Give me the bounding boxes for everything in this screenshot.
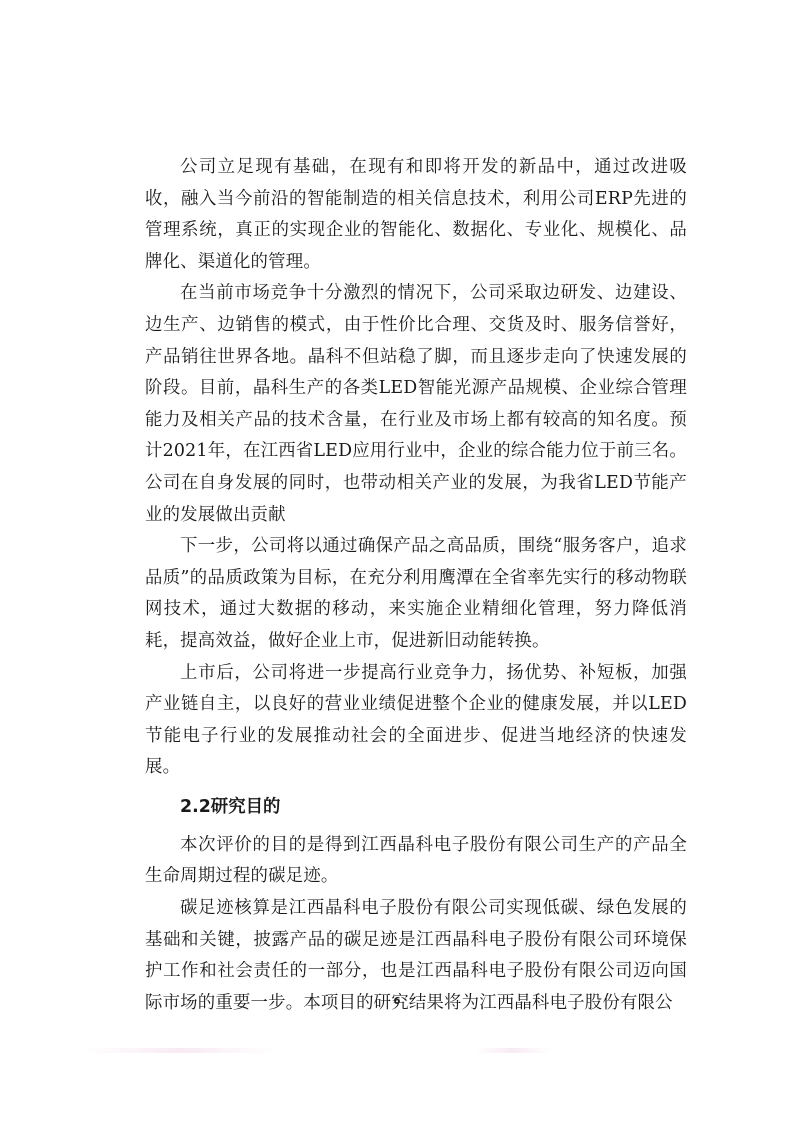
paragraph-market-competition: 在当前市场竞争十分激烈的情况下，公司采取边研发、边建设、边生产、边销售的模式，由…	[145, 278, 687, 531]
document-page: 公司立足现有基础，在现有和即将开发的新品中，通过改进吸收，融入当今前沿的智能制造…	[0, 0, 794, 1123]
paragraph-evaluation-purpose: 本次评价的目的是得到江西晶科电子股份有限公司生产的产品全生命周期过程的碳足迹。	[145, 830, 687, 893]
paragraph-company-foundation: 公司立足现有基础，在现有和即将开发的新品中，通过改进吸收，融入当今前沿的智能制造…	[145, 152, 687, 278]
page-body: 公司立足现有基础，在现有和即将开发的新品中，通过改进吸收，融入当今前沿的智能制造…	[145, 152, 687, 1019]
paragraph-after-listing: 上市后，公司将进一步提高行业竞争力，扬优势、补短板，加强产业链自主，以良好的营业…	[145, 658, 687, 784]
page-number: 6	[0, 996, 794, 1007]
paragraph-next-steps: 下一步，公司将以通过确保产品之高品质，围绕“服务客户，追求品质”的品质政策为目标…	[145, 531, 687, 657]
scan-artifact-right	[475, 1048, 550, 1053]
scan-artifact-left	[85, 1048, 275, 1053]
section-heading-research-purpose: 2.2研究目的	[145, 790, 687, 824]
